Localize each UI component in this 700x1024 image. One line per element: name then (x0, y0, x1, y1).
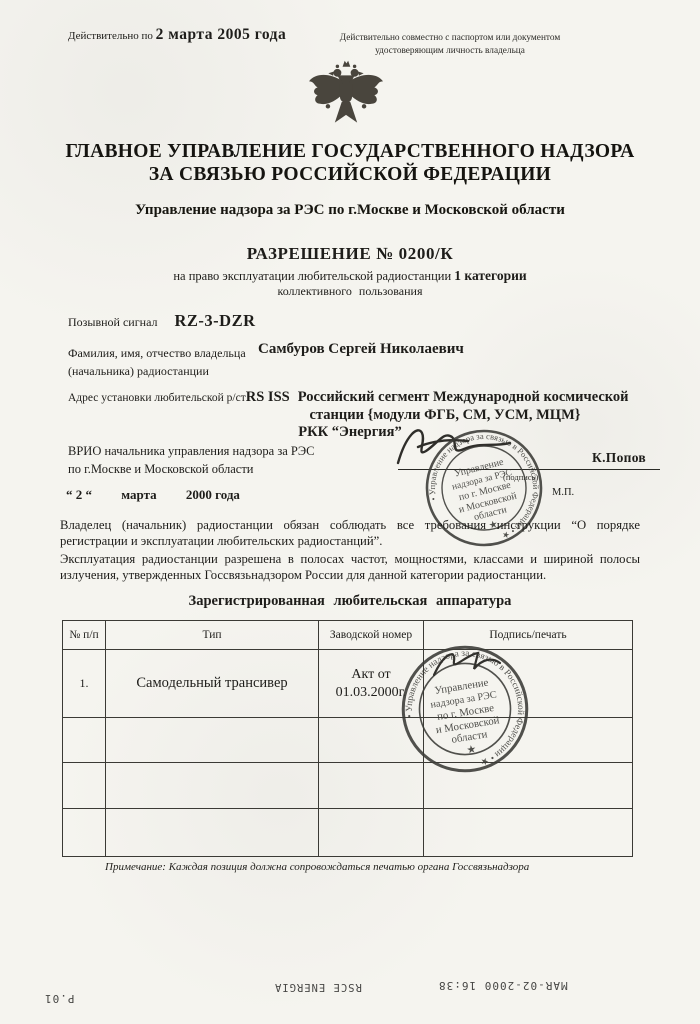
issue-date-year: 2000 года (186, 487, 240, 502)
permit-title: РАЗРЕШЕНИЕ № 0200/К (35, 244, 665, 264)
equipment-table: № п/п Тип Заводской номер Подпись/печать… (62, 620, 633, 857)
issue-date-day: “ 2 “ (66, 487, 92, 502)
address-callsign-value: RS ISS (246, 389, 290, 405)
row3-num (63, 763, 106, 809)
valid-until-label: Действительно по (68, 30, 153, 42)
permit-subtitle-prefix: на право эксплуатации любительской радио… (173, 269, 451, 283)
row2-num (63, 718, 106, 763)
callsign-row: Позывной сигнал RZ-3-DZR (68, 311, 256, 331)
table-row: 1. Самодельный трансивер Акт от 01.03.20… (63, 650, 633, 718)
row2-type (106, 718, 319, 763)
col-header-serial: Заводской номер (319, 621, 424, 650)
valid-until-line: Действительно по 2 марта 2005 года (68, 26, 286, 44)
footnote: Примечание: Каждая позиция должна сопров… (105, 861, 529, 873)
equipment-table-title: Зарегистрированная любительская аппарату… (35, 593, 665, 610)
row4-type (106, 809, 319, 857)
address-line2: станции {модули ФГБ, СМ, УСМ, МЦМ} (250, 407, 640, 424)
permit-subtitle: на право эксплуатации любительской радио… (35, 268, 665, 284)
owner-name: Самбуров Сергей Николаевич (258, 341, 464, 358)
fax-page-number: P.01 (44, 992, 75, 1005)
fax-station-id: RSCE ENERGIA (274, 981, 362, 993)
table-row (63, 763, 633, 809)
scanned-license-document: Действительно по 2 марта 2005 года Дейст… (0, 0, 700, 1024)
seal-caption: М.П. (552, 487, 574, 498)
handwritten-signature-on-stamp (426, 645, 516, 687)
valid-until-date: 2 марта 2005 года (156, 26, 287, 43)
permit-category: 1 категории (454, 268, 526, 283)
table-row (63, 809, 633, 857)
table-row (63, 718, 633, 763)
official-title-line2: по г.Москве и Московской области (68, 460, 314, 478)
row1-type: Самодельный трансивер (106, 650, 319, 718)
agency-title-line1: ГЛАВНОЕ УПРАВЛЕНИЕ ГОСУДАРСТВЕННОГО НАДЗ… (35, 141, 665, 164)
owner-label-line2: (начальника) радиостанции (68, 362, 246, 380)
owner-label: Фамилия, имя, отчество владельца (началь… (68, 344, 246, 380)
russian-coat-of-arms-icon (303, 56, 389, 136)
address-row: Адрес установки любительской р/стRS ISSР… (68, 389, 629, 406)
row4-serial (319, 809, 424, 857)
row4-num (63, 809, 106, 857)
signer-name: К.Попов (592, 450, 646, 466)
agency-title: ГЛАВНОЕ УПРАВЛЕНИЕ ГОСУДАРСТВЕННОГО НАДЗ… (35, 141, 665, 187)
official-title: ВРИО начальника управления надзора за РЭ… (68, 442, 314, 478)
official-title-line1: ВРИО начальника управления надзора за РЭ… (68, 442, 314, 460)
col-header-num: № п/п (63, 621, 106, 650)
issue-date-row: “ 2 “ марта 2000 года (66, 487, 266, 503)
col-header-type: Тип (106, 621, 319, 650)
department-subtitle: Управление надзора за РЭС по г.Москве и … (35, 202, 665, 219)
permit-usage-type: коллективного пользования (35, 284, 665, 299)
callsign-value: RZ-3-DZR (175, 311, 256, 330)
equipment-table-header-row: № п/п Тип Заводской номер Подпись/печать (63, 621, 633, 650)
fax-timestamp: MAR-02-2000 16:38 (438, 979, 568, 992)
row3-type (106, 763, 319, 809)
valid-note-line1: Действительно совместно с паспортом или … (330, 32, 570, 45)
address-label: Адрес установки любительской р/ст (68, 392, 246, 404)
valid-with-passport-note: Действительно совместно с паспортом или … (330, 32, 570, 57)
conditions-para1: Владелец (начальник) радиостанции обязан… (60, 517, 640, 550)
conditions-para2: Эксплуатация радиостанции разрешена в по… (60, 551, 640, 584)
owner-label-line1: Фамилия, имя, отчество владельца (68, 344, 246, 362)
row4-signature-cell (424, 809, 633, 857)
callsign-label: Позывной сигнал (68, 315, 158, 329)
agency-title-line2: ЗА СВЯЗЬЮ РОССИЙСКОЙ ФЕДЕРАЦИИ (35, 164, 665, 187)
address-line1: Российский сегмент Международной космиче… (298, 389, 629, 405)
row1-num: 1. (63, 650, 106, 718)
issue-date-month: марта (121, 487, 156, 502)
row3-serial (319, 763, 424, 809)
stamp-star: ★ (466, 743, 478, 756)
conditions-text: Владелец (начальник) радиостанции обязан… (60, 517, 640, 584)
